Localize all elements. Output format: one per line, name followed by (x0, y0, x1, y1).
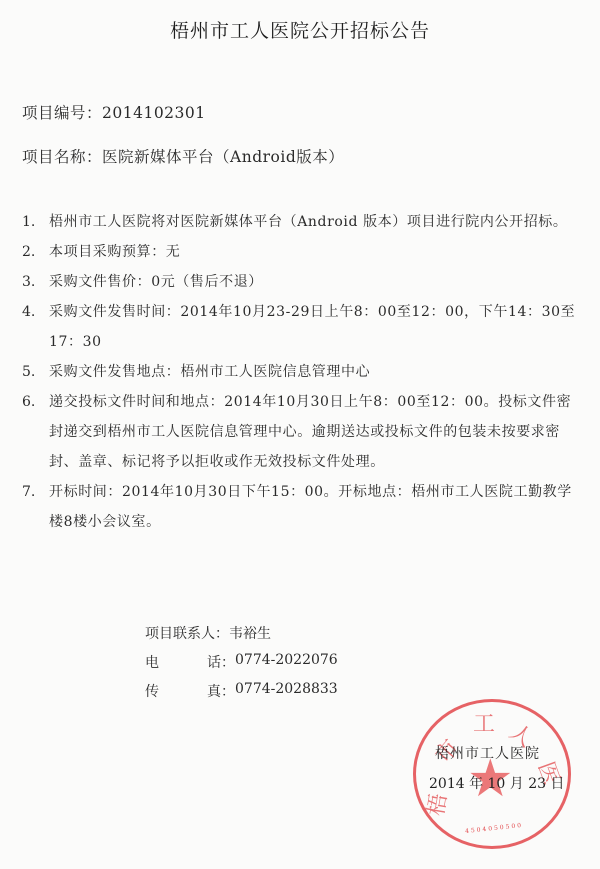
phone-label: 电话： (145, 652, 235, 681)
item-number: 4. (22, 297, 49, 357)
contact-person: 韦裕生 (229, 623, 271, 652)
official-seal: 梧 市 工 人 医 ★ 梧州市工人医院 2014 年 10 月 23 日 450… (405, 697, 583, 857)
fax-row: 传真：0774-2028833 (145, 681, 338, 710)
seal-org-name: 梧州市工人医院 (435, 743, 540, 763)
fax-label: 传真： (145, 681, 235, 710)
seal-date: 2014 年 10 月 23 日 (429, 773, 565, 793)
item-number: 6. (22, 387, 49, 477)
project-number: 项目编号：2014102301 (22, 101, 206, 123)
list-item: 4.采购文件发售时间：2014年10月23-29日上午8：00至12：00，下午… (22, 297, 582, 357)
item-number: 1. (22, 207, 49, 237)
fax-label-a: 传 (145, 681, 159, 710)
list-item: 5.采购文件发售地点：梧州市工人医院信息管理中心 (22, 357, 582, 387)
list-item: 6.递交投标文件时间和地点：2014年10月30日上午8：00至12：00。投标… (22, 387, 582, 477)
contact-person-label: 项目联系人： (145, 623, 229, 652)
item-text: 递交投标文件时间和地点：2014年10月30日上午8：00至12：00。投标文件… (49, 387, 582, 477)
phone-value: 0774-2022076 (235, 652, 338, 681)
project-name-label: 项目名称： (22, 148, 102, 166)
phone-label-b: 话： (207, 652, 235, 681)
fax-label-b: 真： (207, 681, 235, 710)
phone-label-a: 电 (145, 652, 159, 681)
project-number-value: 2014102301 (102, 104, 206, 122)
project-name: 项目名称：医院新媒体平台（Android版本） (22, 145, 344, 167)
seal-arc-char: 梧 (419, 791, 453, 818)
contact-person-row: 项目联系人：韦裕生 (145, 623, 338, 652)
list-item: 1.梧州市工人医院将对医院新媒体平台（Android 版本）项目进行院内公开招标… (22, 207, 582, 237)
item-text: 梧州市工人医院将对医院新媒体平台（Android 版本）项目进行院内公开招标。 (49, 207, 582, 237)
item-number: 2. (22, 237, 49, 267)
fax-value: 0774-2028833 (235, 681, 338, 710)
project-number-label: 项目编号： (22, 104, 102, 122)
contact-block: 项目联系人：韦裕生 电话：0774-2022076 传真：0774-202883… (145, 623, 338, 710)
item-text: 本项目采购预算：无 (49, 237, 582, 267)
document-title: 梧州市工人医院公开招标公告 (0, 16, 600, 43)
phone-row: 电话：0774-2022076 (145, 652, 338, 681)
item-text: 采购文件售价：0元（售后不退） (49, 267, 582, 297)
item-number: 3. (22, 267, 49, 297)
seal-arc-char: 工 (473, 707, 495, 738)
list-item: 2.本项目采购预算：无 (22, 237, 582, 267)
list-item: 3.采购文件售价：0元（售后不退） (22, 267, 582, 297)
item-text: 采购文件发售地点：梧州市工人医院信息管理中心 (49, 357, 582, 387)
list-item: 7.开标时间：2014年10月30日下午15：00。开标地点：梧州市工人医院工勤… (22, 477, 582, 537)
item-text: 采购文件发售时间：2014年10月23-29日上午8：00至12：00，下午14… (49, 297, 582, 357)
announcement-page: 梧州市工人医院公开招标公告 项目编号：2014102301 项目名称：医院新媒体… (0, 0, 600, 869)
item-text: 开标时间：2014年10月30日下午15：00。开标地点：梧州市工人医院工勤教学… (49, 477, 582, 537)
item-number: 5. (22, 357, 49, 387)
item-number: 7. (22, 477, 49, 537)
terms-list: 1.梧州市工人医院将对医院新媒体平台（Android 版本）项目进行院内公开招标… (22, 207, 582, 537)
project-name-value: 医院新媒体平台（Android版本） (102, 148, 344, 166)
